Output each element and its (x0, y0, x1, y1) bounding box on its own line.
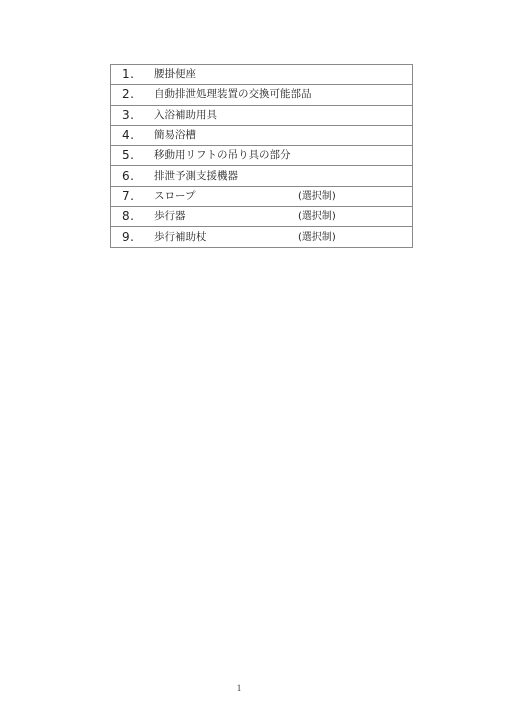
item-name: 歩行器 (154, 207, 298, 226)
table-row: 3. 入浴補助用具 (111, 105, 413, 125)
item-number: 4. (111, 125, 155, 145)
item-number: 6. (111, 166, 155, 186)
item-name: 歩行補助杖 (154, 228, 298, 247)
table-row: 9. 歩行補助杖(選択制) (111, 227, 413, 247)
item-name: 移動用リフトの吊り具の部分 (154, 146, 298, 165)
table-row: 4. 簡易浴槽 (111, 125, 413, 145)
item-number: 3. (111, 105, 155, 125)
item-number: 1. (111, 65, 155, 85)
item-name: 自動排泄処理装置の交換可能部品 (154, 85, 298, 104)
item-number: 9. (111, 227, 155, 247)
item-note: (選択制) (298, 228, 336, 247)
item-note: (選択制) (298, 187, 336, 206)
table-row: 2. 自動排泄処理装置の交換可能部品 (111, 85, 413, 105)
document-page: 1. 腰掛便座 2. 自動排泄処理装置の交換可能部品 3. 入浴補助用具 4. (0, 0, 509, 720)
table-row: 1. 腰掛便座 (111, 65, 413, 85)
item-name: 腰掛便座 (154, 65, 298, 84)
item-number: 5. (111, 146, 155, 166)
item-name: 排泄予測支援機器 (154, 167, 298, 186)
item-name: 簡易浴槽 (154, 126, 298, 145)
page-number: 1 (234, 683, 244, 693)
item-number: 2. (111, 85, 155, 105)
table-row: 6. 排泄予測支援機器 (111, 166, 413, 186)
item-name: 入浴補助用具 (154, 106, 298, 125)
item-list-table: 1. 腰掛便座 2. 自動排泄処理装置の交換可能部品 3. 入浴補助用具 4. (110, 64, 413, 248)
table-row: 7. スロープ(選択制) (111, 186, 413, 206)
table-row: 5. 移動用リフトの吊り具の部分 (111, 146, 413, 166)
item-name: スロープ (154, 187, 298, 206)
table-row: 8. 歩行器(選択制) (111, 207, 413, 227)
item-note: (選択制) (298, 207, 336, 226)
item-number: 7. (111, 186, 155, 206)
item-number: 8. (111, 207, 155, 227)
